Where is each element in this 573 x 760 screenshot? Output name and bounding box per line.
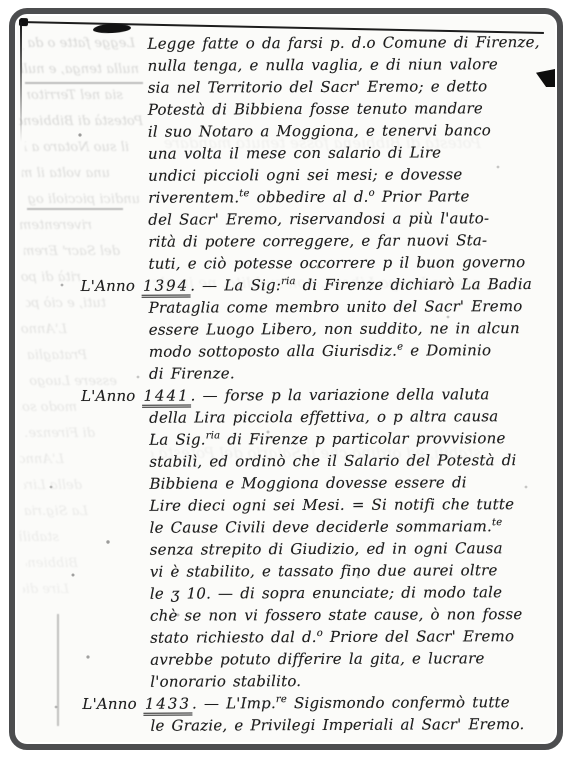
text-segment: Prataglia come membro unito del Sacr' Er… bbox=[149, 297, 523, 317]
manuscript-line: undici piccioli ogni sei mesi; e dovesse bbox=[80, 165, 534, 189]
manuscript-line: L'Anno 1433. — L'Imp.re Sigismondo confe… bbox=[82, 693, 536, 717]
manuscript-line: il suo Notaro a Moggiona, e tenervi banc… bbox=[80, 121, 534, 145]
manuscript-line: le Cause Civili deve deciderle sommariam… bbox=[82, 517, 536, 541]
page-corner-shadow bbox=[536, 68, 555, 87]
page-edge-right-shadow bbox=[544, 41, 555, 742]
text-segment: tuti, e ciò potesse occorrere p il buon … bbox=[148, 253, 525, 273]
manuscript-line: Potestà di Bibbiena fosse tenuto mandare bbox=[80, 99, 534, 123]
bleedthrough-fragment: rità di potere correggere, e far nuovi S… bbox=[21, 270, 81, 287]
manuscript-line: Legge fatte o da farsi p. d.o Comune di … bbox=[79, 33, 533, 57]
underlined-year: 1441 bbox=[142, 387, 190, 408]
text-segment: nulla tenga, e nulla vaglia, e di niun v… bbox=[148, 55, 498, 75]
text-segment: riverentem. bbox=[148, 188, 239, 206]
manuscript-line: l'onorario stabilito. bbox=[82, 671, 536, 695]
manuscript-line: stato richiesto dal d.o Priore del Sacr'… bbox=[82, 627, 536, 651]
text-segment: Sigismondo confermò tutte bbox=[287, 693, 510, 712]
manuscript-line: Prataglia come membro unito del Sacr' Er… bbox=[81, 297, 535, 321]
text-segment: della Lira picciola effettiva, o p altra… bbox=[149, 407, 498, 427]
text-segment: Potestà di Bibbiena fosse tenuto mandare bbox=[148, 99, 483, 118]
text-segment: modo sottoposto alla Giurisdiz. bbox=[149, 342, 397, 361]
text-segment: le Cause Civili deve deciderle sommariam… bbox=[150, 517, 492, 536]
bleedthrough-fragment: Bibbiena e Moggiona dovesse essere di bbox=[26, 556, 78, 573]
bleedthrough-fragment: della Lira picciola effettiva, o p altra… bbox=[24, 478, 82, 495]
bleedthrough-fragment: Prataglia come membro unito del Sacr' Er… bbox=[23, 348, 87, 365]
text-segment: le Grazie, e Privilegi Imperiali al Sacr… bbox=[150, 715, 524, 735]
manuscript-line: modo sottoposto alla Giurisdiz.e e Domin… bbox=[81, 341, 535, 365]
text-segment: . — La Sig: bbox=[190, 276, 281, 294]
bleedthrough-fragment: modo sottoposto alla Giurisdiz.e e Domin… bbox=[21, 400, 77, 417]
text-segment: L'Anno bbox=[82, 695, 144, 713]
text-segment: L'Anno bbox=[81, 387, 143, 405]
manuscript-line: riverentem.te obbedire al d.o Prior Part… bbox=[80, 187, 534, 211]
text-segment: avrebbe potuto differire la gita, e lucr… bbox=[150, 649, 484, 668]
manuscript-line: essere Luogo Libero, non suddito, ne in … bbox=[81, 319, 535, 343]
text-segment: vi è stabilito, e tassato fino due aurei… bbox=[150, 561, 498, 581]
text-segment: chè se non vi fossero state cause, ò non… bbox=[150, 605, 523, 625]
paper-crease bbox=[57, 614, 59, 726]
text-segment: una volta il mese con salario di Lire bbox=[148, 143, 441, 162]
manuscript-line: nulla tenga, e nulla vaglia, e di niun v… bbox=[80, 55, 534, 79]
superscript-abbrev: ria bbox=[281, 276, 296, 287]
bleedthrough-fragment: L'Anno 1441. — forse p la variazione del… bbox=[20, 452, 64, 469]
manuscript-line: stabilì, ed ordinò che il Salario del Po… bbox=[81, 451, 535, 475]
text-segment: di Firenze. bbox=[149, 364, 235, 382]
bleedthrough-fragment: L'Anno 1394. — La Sig:ria di Firenze dic… bbox=[19, 322, 67, 339]
ink-speckles bbox=[17, 16, 19, 18]
manuscript-line: della Lira picciola effettiva, o p altra… bbox=[81, 407, 535, 431]
manuscript-lines: Legge fatte o da farsi p. d.o Comune di … bbox=[79, 33, 536, 739]
text-segment: Lire dieci ogni sei Mesi. = Si notifi ch… bbox=[149, 495, 514, 515]
text-segment: rità di potere correggere, e far nuovi S… bbox=[148, 231, 487, 250]
manuscript-line: le Grazie, e Privilegi Imperiali al Sacr… bbox=[82, 715, 536, 739]
text-segment: di Firenze dichiarò La Badia bbox=[296, 275, 532, 294]
manuscript-line: La Sig.ria di Firenze p particolar provv… bbox=[81, 429, 535, 453]
text-segment: sia nel Territorio del Sacr' Eremo; e de… bbox=[148, 77, 488, 96]
text-segment: Prior Parte bbox=[375, 187, 470, 205]
manuscript-line: Lire dieci ogni sei Mesi. = Si notifi ch… bbox=[81, 495, 535, 519]
manuscript-line: L'Anno 1441. — forse p la variazione del… bbox=[81, 385, 535, 409]
manuscript-line: rità di potere correggere, e far nuovi S… bbox=[80, 231, 534, 255]
manuscript-line: L'Anno 1394. — La Sig:ria di Firenze dic… bbox=[81, 275, 535, 299]
text-segment: Legge fatte o da farsi p. d.o Comune di … bbox=[147, 33, 539, 53]
text-segment: del Sacr' Eremo, riservandosi a più l'au… bbox=[148, 209, 489, 228]
manuscript-line: sia nel Territorio del Sacr' Eremo; e de… bbox=[80, 77, 534, 101]
ink-blot bbox=[93, 23, 131, 33]
underlined-year: 1394 bbox=[142, 277, 190, 298]
scan-frame-border: Legge fatte o da farsi p. d.o Comune di … bbox=[9, 8, 563, 750]
manuscript-line: di Firenze. bbox=[81, 363, 535, 387]
manuscript-page: Legge fatte o da farsi p. d.o Comune di … bbox=[17, 16, 555, 742]
text-segment: obbedire al d. bbox=[250, 188, 369, 207]
text-segment: Bibbiena e Moggiona dovesse essere di bbox=[149, 473, 466, 492]
text-segment: . — forse p la variazione della valuta bbox=[191, 385, 490, 404]
text-segment: il suo Notaro a Moggiona, e tenervi banc… bbox=[148, 121, 491, 140]
superscript-abbrev: te bbox=[239, 188, 249, 199]
manuscript-line: chè se non vi fossero state cause, ò non… bbox=[82, 605, 536, 629]
bleedthrough-fragment: Lire dieci ogni sei Mesi. = Si notifi ch… bbox=[23, 582, 69, 599]
bleedthrough-fragment: stabilì, ed ordinò che il Salario del Po… bbox=[19, 530, 59, 547]
manuscript-line: vi è stabilito, e tassato fino due aurei… bbox=[82, 561, 536, 585]
superscript-abbrev: ria bbox=[206, 430, 221, 441]
manuscript-line: una volta il mese con salario di Lire bbox=[80, 143, 534, 167]
text-segment: senza strepito di Giudizio, ed in ogni C… bbox=[150, 539, 503, 559]
text-segment: le ʒ 10. — di sopra enunciate; di modo t… bbox=[150, 583, 502, 603]
page-edge-left-shadow bbox=[20, 22, 22, 142]
underlined-year: 1433 bbox=[144, 695, 192, 716]
manuscript-line: senza strepito di Giudizio, ed in ogni C… bbox=[82, 539, 536, 563]
manuscript-line: Bibbiena e Moggiona dovesse essere di bbox=[81, 473, 535, 497]
text-segment: L'Anno bbox=[81, 277, 143, 295]
manuscript-line: del Sacr' Eremo, riservandosi a più l'au… bbox=[80, 209, 534, 233]
text-segment: undici piccioli ogni sei mesi; e dovesse bbox=[148, 165, 462, 184]
text-segment: Priore del Sacr' Eremo bbox=[323, 627, 514, 646]
text-segment: . — L'Imp. bbox=[192, 694, 276, 712]
manuscript-line: tuti, e ciò potesse occorrere p il buon … bbox=[80, 253, 534, 277]
text-segment: stato richiesto dal d. bbox=[150, 628, 317, 647]
text-segment: La Sig. bbox=[149, 430, 206, 448]
scanned-manuscript-screenshot: Legge fatte o da farsi p. d.o Comune di … bbox=[0, 0, 573, 760]
text-segment: essere Luogo Libero, non suddito, ne in … bbox=[149, 319, 520, 339]
bleedthrough-fragment: La Sig.ria di Firenze p particolar provv… bbox=[22, 504, 88, 521]
superscript-abbrev: re bbox=[276, 694, 287, 705]
superscript-abbrev: te bbox=[492, 517, 502, 528]
manuscript-line: avrebbe potuto differire la gita, e lucr… bbox=[82, 649, 536, 673]
manuscript-line: le ʒ 10. — di sopra enunciate; di modo t… bbox=[82, 583, 536, 607]
text-segment: e Dominio bbox=[403, 341, 491, 359]
text-segment: stabilì, ed ordinò che il Salario del Po… bbox=[149, 451, 516, 471]
text-segment: di Firenze p particolar provvisione bbox=[220, 429, 505, 448]
text-segment: l'onorario stabilito. bbox=[150, 672, 301, 691]
